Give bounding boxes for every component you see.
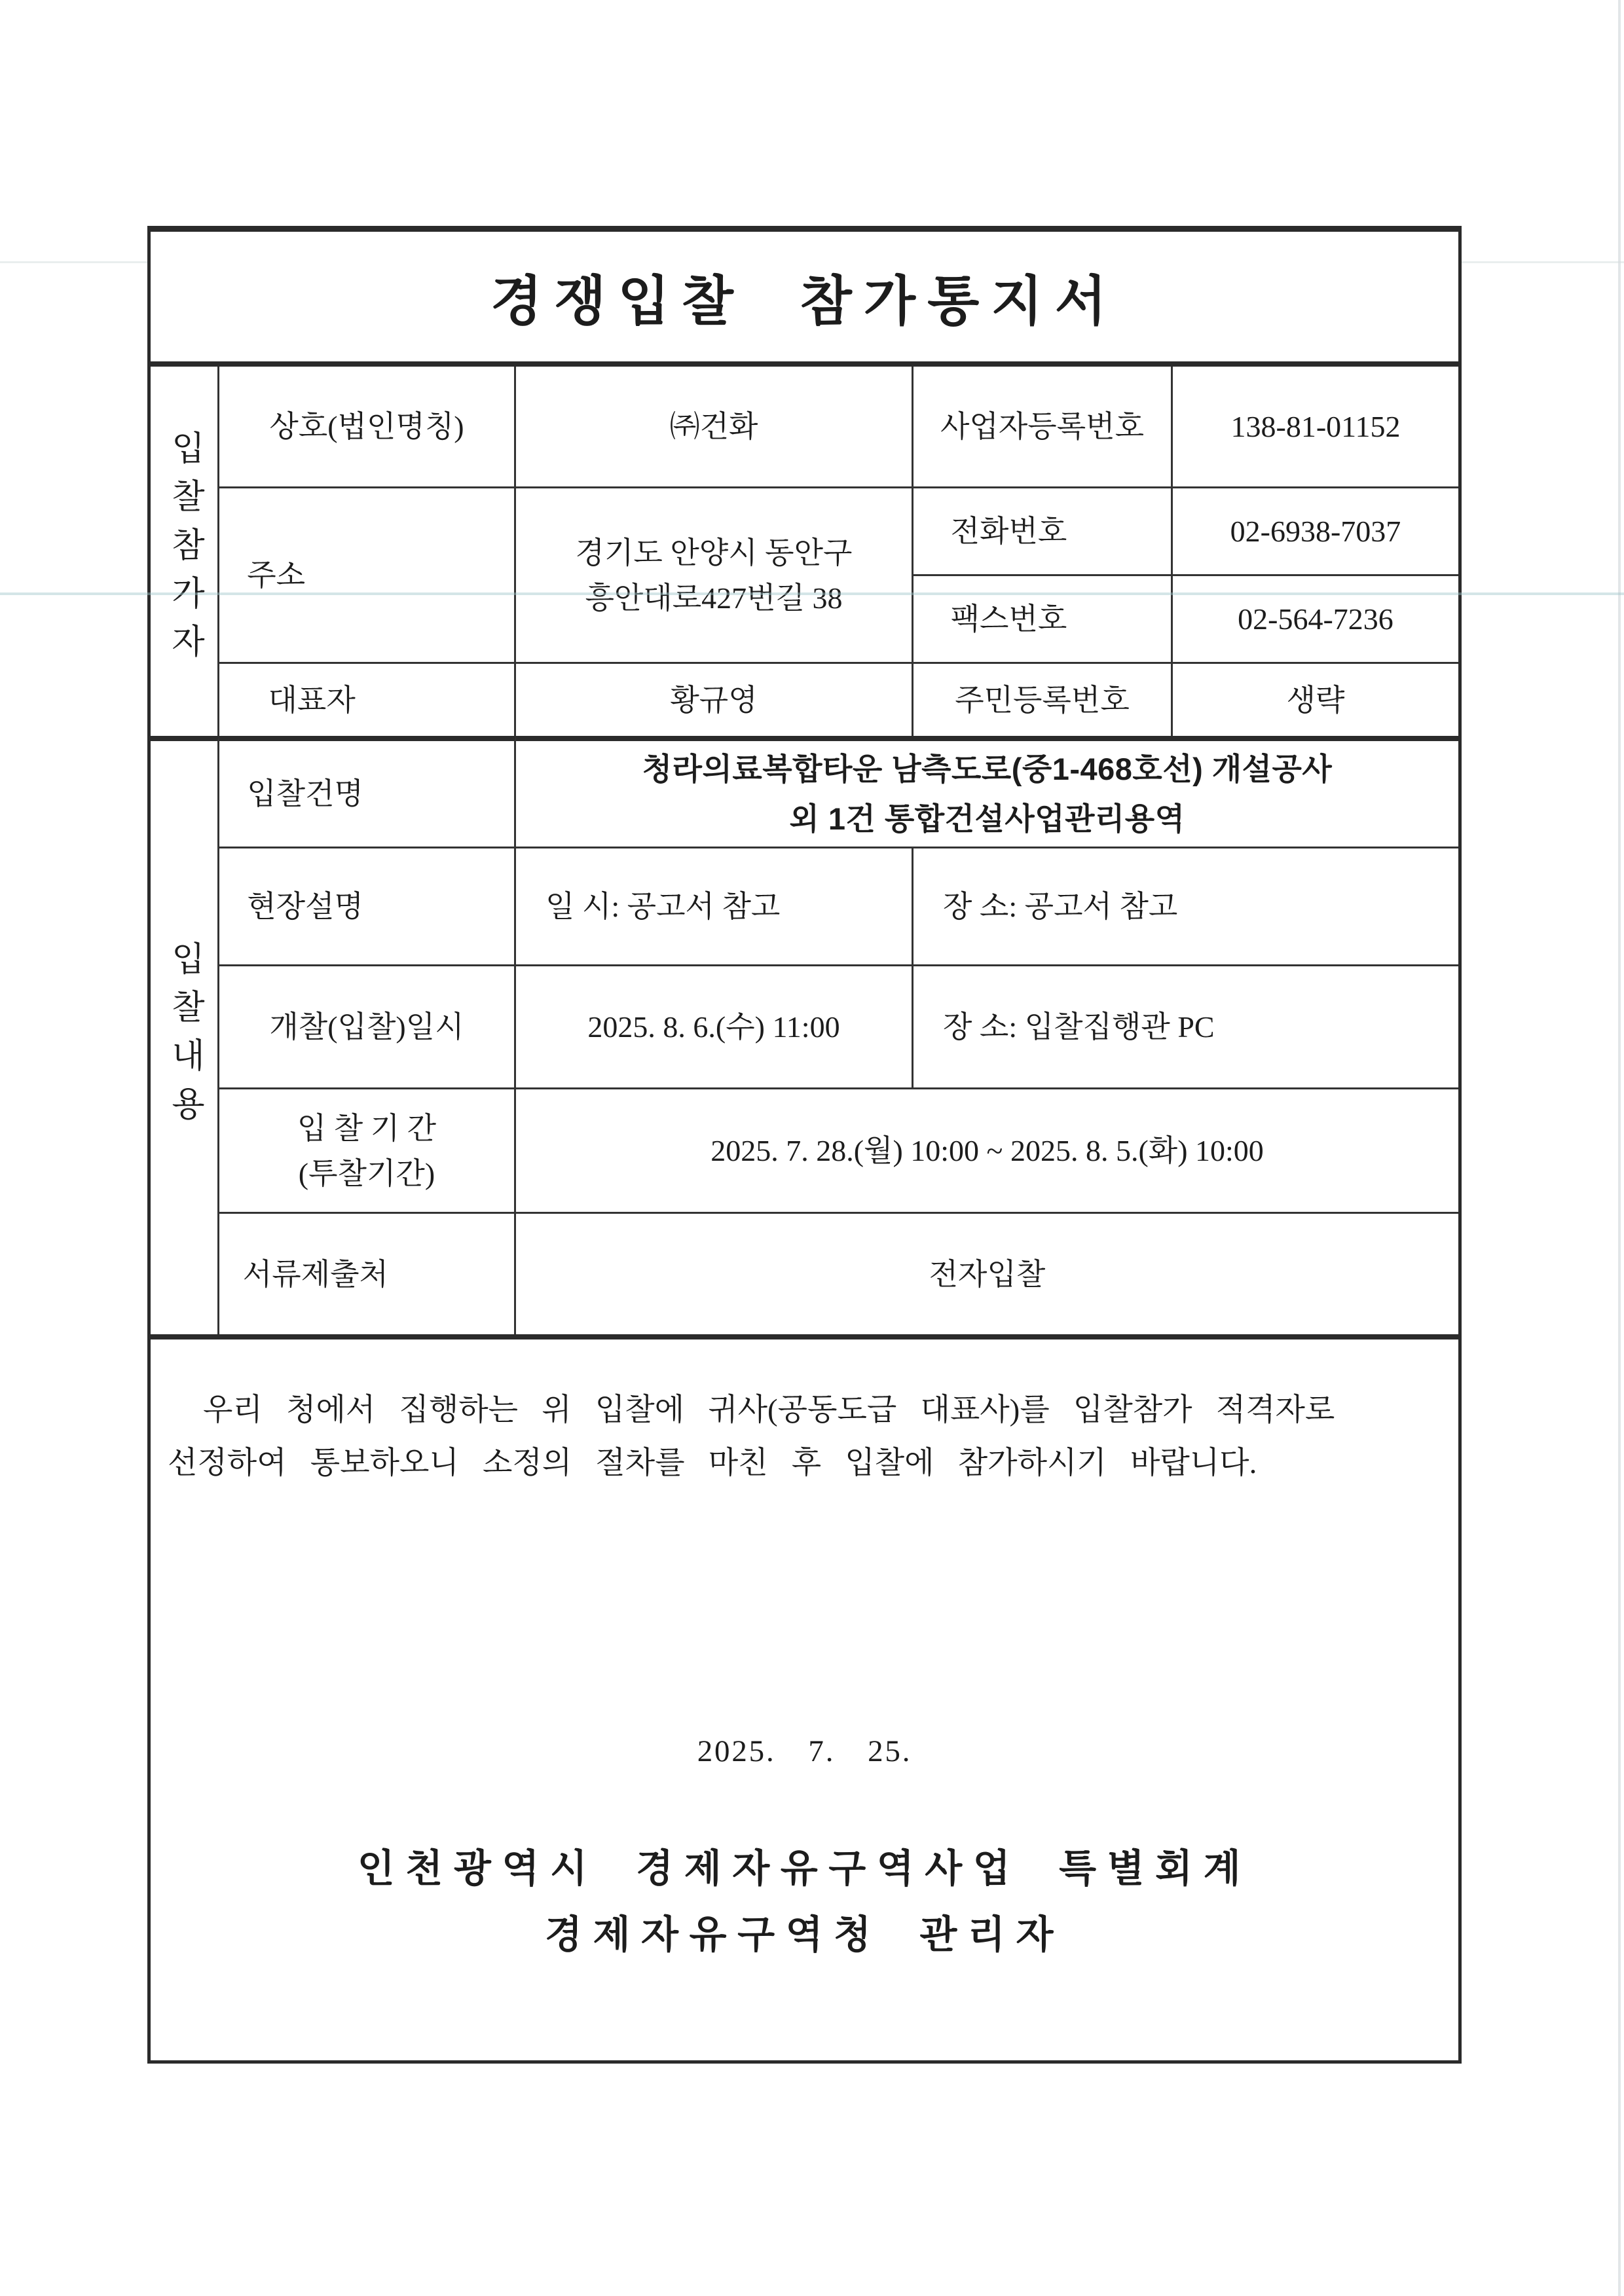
issuer-line2: 경제자유구역청 관리자 bbox=[151, 1902, 1458, 1968]
scan-artifact-edge bbox=[1618, 0, 1621, 2296]
notice-date: 2025. 7. 25. bbox=[151, 1734, 1458, 1769]
bid-opening-label: 개찰(입찰)일시 bbox=[219, 966, 516, 1089]
company-name-value: ㈜건화 bbox=[516, 367, 913, 488]
resident-number-value: 생략 bbox=[1173, 664, 1458, 736]
notice-section: 우리 청에서 집행하는 위 입찰에 귀사(공동도급 대표사)를 입찰참가 적격자… bbox=[151, 1334, 1458, 2052]
scanned-document-page: 경쟁입찰 참가통지서 입찰참가자 상호(법인명칭) ㈜건화 사업자등록번호 13… bbox=[0, 0, 1624, 2296]
issuer-block: 인천광역시 경제자유구역사업 특별회계 경제자유구역청 관리자 bbox=[151, 1836, 1458, 1969]
site-briefing-place: 장 소: 공고서 참고 bbox=[913, 848, 1458, 966]
site-briefing-label: 현장설명 bbox=[219, 848, 516, 966]
submission-label: 서류제출처 bbox=[219, 1214, 516, 1334]
notice-paragraph: 우리 청에서 집행하는 위 입찰에 귀사(공동도급 대표사)를 입찰참가 적격자… bbox=[168, 1384, 1441, 1490]
bidder-group-label: 입찰참가자 bbox=[151, 367, 219, 736]
bid-period-label: 입 찰 기 간 (투찰기간) bbox=[219, 1089, 516, 1214]
notice-paragraph-line1: 우리 청에서 집행하는 위 입찰에 귀사(공동도급 대표사)를 입찰참가 적격자… bbox=[168, 1384, 1441, 1437]
representative-value: 황규영 bbox=[516, 664, 913, 736]
document-title: 경쟁입찰 참가통지서 bbox=[490, 259, 1118, 335]
phone-value: 02-6938-7037 bbox=[1173, 488, 1458, 576]
bid-period-value: 2025. 7. 28.(월) 10:00 ~ 2025. 8. 5.(화) 1… bbox=[516, 1089, 1458, 1214]
bid-subject-label: 입찰건명 bbox=[219, 736, 516, 848]
title-band: 경쟁입찰 참가통지서 bbox=[151, 232, 1458, 367]
bid-opening-time: 2025. 8. 6.(수) 11:00 bbox=[516, 966, 913, 1089]
site-briefing-time: 일 시: 공고서 참고 bbox=[516, 848, 913, 966]
business-number-label: 사업자등록번호 bbox=[913, 367, 1173, 488]
notice-document-frame: 경쟁입찰 참가통지서 입찰참가자 상호(법인명칭) ㈜건화 사업자등록번호 13… bbox=[147, 226, 1462, 2064]
company-name-label: 상호(법인명칭) bbox=[219, 367, 516, 488]
fax-value: 02-564-7236 bbox=[1173, 576, 1458, 664]
bid-group-label: 입찰내용 bbox=[151, 736, 219, 1334]
fax-label: 팩스번호 bbox=[913, 576, 1173, 664]
representative-label: 대표자 bbox=[219, 664, 516, 736]
issuer-line1: 인천광역시 경제자유구역사업 특별회계 bbox=[151, 1836, 1458, 1902]
phone-label: 전화번호 bbox=[913, 488, 1173, 576]
submission-value: 전자입찰 bbox=[516, 1214, 1458, 1334]
address-label: 주소 bbox=[219, 488, 516, 664]
notice-paragraph-line2: 선정하여 통보하오니 소정의 절차를 마친 후 입찰에 참가하시기 바랍니다. bbox=[168, 1437, 1441, 1490]
business-number-value: 138-81-01152 bbox=[1173, 367, 1458, 488]
bid-subject-value: 청라의료복합타운 남측도로(중1-468호선) 개설공사 외 1건 통합건설사업… bbox=[516, 736, 1458, 848]
bid-opening-place: 장 소: 입찰집행관 PC bbox=[913, 966, 1458, 1089]
resident-number-label: 주민등록번호 bbox=[913, 664, 1173, 736]
address-value: 경기도 안양시 동안구 흥안대로427번길 38 bbox=[516, 488, 913, 664]
notice-table: 입찰참가자 상호(법인명칭) ㈜건화 사업자등록번호 138-81-01152 … bbox=[151, 367, 1458, 1334]
